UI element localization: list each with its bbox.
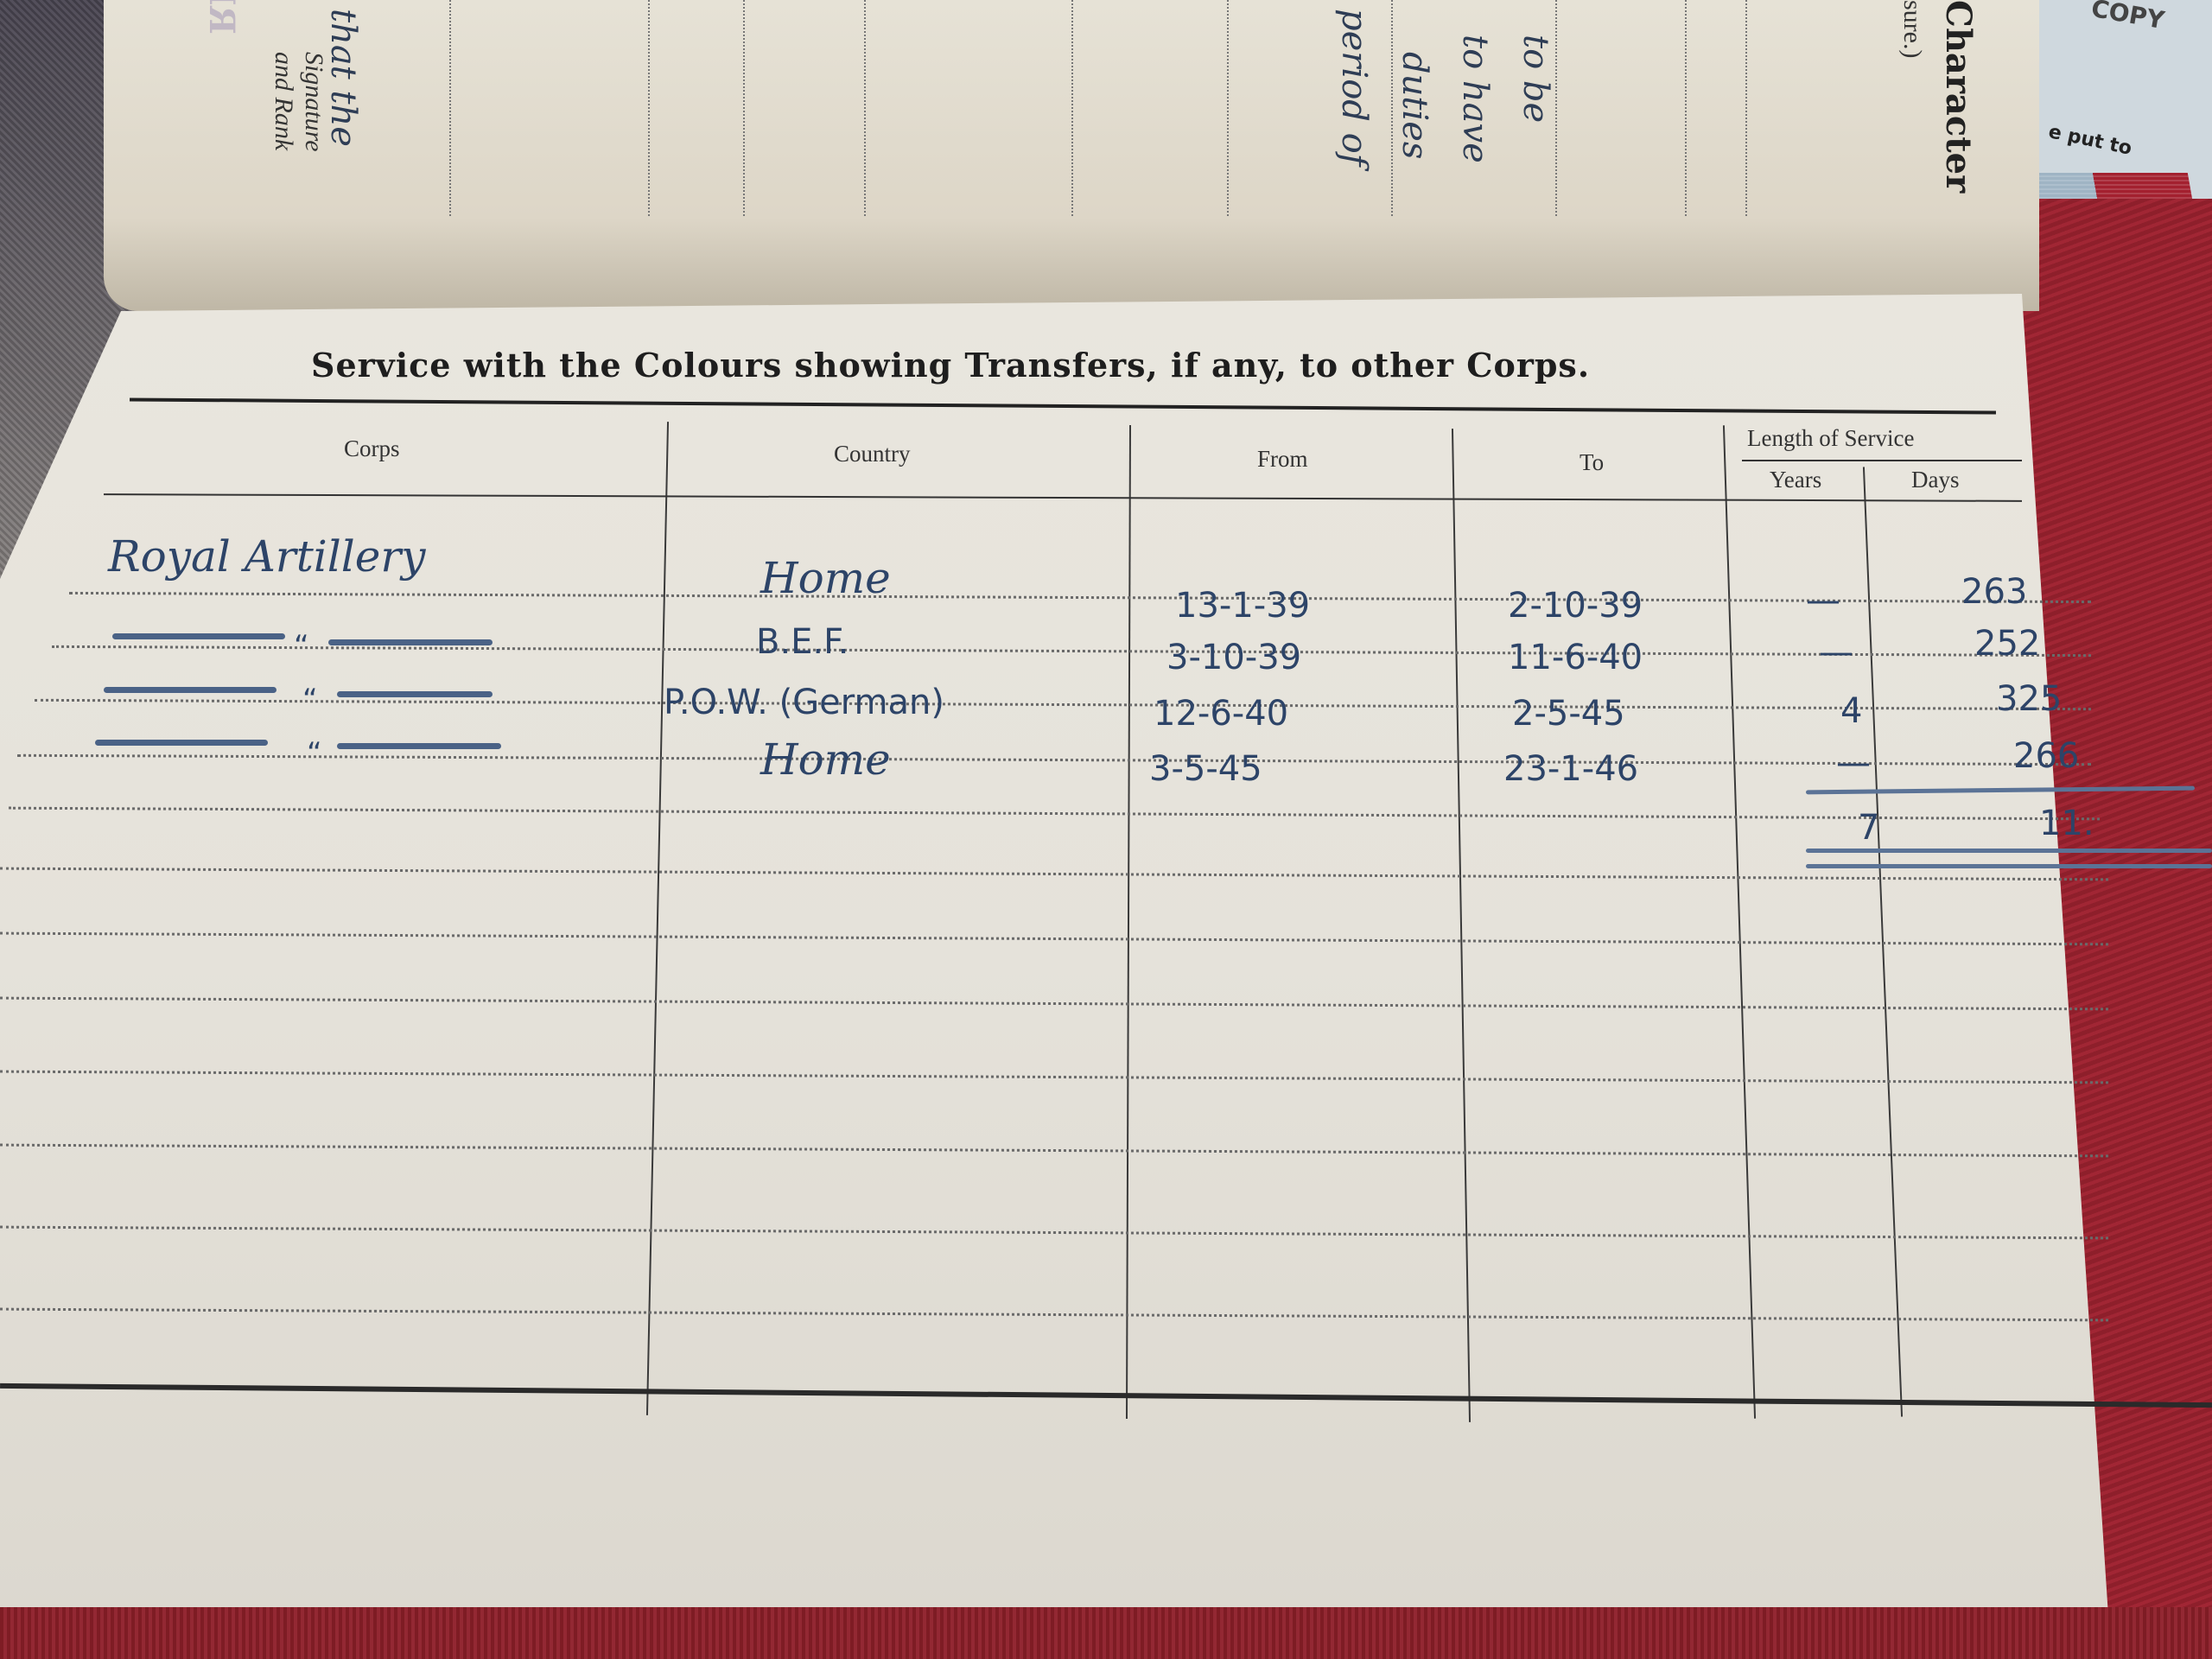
- total-double-underline-1: [1806, 849, 2212, 853]
- table-title: Service with the Colours showing Transfe…: [311, 346, 1590, 385]
- row1-years: —: [1806, 581, 1840, 620]
- facing-hand-text: period of: [1334, 9, 1374, 166]
- header-years: Years: [1770, 467, 1821, 493]
- dotted-rule: [1227, 0, 1229, 216]
- row3-from: 12-6-40: [1154, 694, 1288, 734]
- ditto-dash: [337, 691, 493, 697]
- row3-corps: “: [302, 683, 318, 717]
- dotted-rule: [1391, 0, 1393, 216]
- row1-days: 263: [1961, 572, 2027, 612]
- header-length-of-service: Length of Service: [1747, 425, 1914, 452]
- row2-country: B.E.F.: [756, 622, 849, 662]
- facing-hand-text: duties: [1395, 52, 1434, 159]
- row3-country: P.O.W. (German): [664, 683, 944, 722]
- row4-to: 23-1-46: [1503, 749, 1638, 789]
- row2-years: —: [1819, 632, 1853, 672]
- facing-stamp: RECORDS: [201, 0, 242, 35]
- header-to: To: [1580, 449, 1604, 476]
- total-days: 11.: [2039, 804, 2094, 843]
- insert-card: COPY e put to: [2039, 0, 2212, 199]
- dotted-rule: [743, 0, 745, 216]
- row4-days: 266: [2013, 736, 2079, 776]
- ditto-dash: [112, 633, 285, 639]
- facing-print-rank: and Rank: [269, 52, 298, 150]
- header-country: Country: [834, 441, 911, 467]
- total-double-underline-2: [1806, 864, 2212, 868]
- row4-from: 3-5-45: [1149, 749, 1262, 789]
- dotted-rule: [1685, 0, 1687, 216]
- book-cover-bottom: [0, 1607, 2212, 1659]
- dotted-rule: [449, 0, 451, 216]
- facing-print-measure: sure.): [1897, 0, 1927, 58]
- row1-to: 2-10-39: [1508, 586, 1643, 626]
- header-days: Days: [1911, 467, 1960, 493]
- facing-print-character: Character: [1938, 0, 1979, 193]
- facing-page: that the Signature and Rank RECORDS to b…: [104, 0, 2039, 311]
- total-years: 7: [1858, 808, 1879, 848]
- facing-print-signature: Signature: [299, 52, 328, 152]
- facing-hand-text: that the: [323, 9, 363, 147]
- row3-days: 325: [1996, 679, 2062, 719]
- ditto-dash: [337, 743, 501, 749]
- row2-to: 11-6-40: [1508, 638, 1643, 677]
- dotted-rule: [864, 0, 866, 216]
- ditto-dash: [104, 687, 276, 693]
- row1-corps: Royal Artillery: [108, 531, 426, 582]
- dotted-rule: [1555, 0, 1557, 216]
- dotted-rule: [648, 0, 650, 216]
- dotted-rule: [1071, 0, 1073, 216]
- row2-corps: “: [294, 629, 309, 664]
- dotted-rule: [1745, 0, 1747, 216]
- card-top-text: COPY: [2089, 0, 2167, 35]
- facing-hand-text: to have: [1455, 35, 1495, 163]
- row4-country: Home: [760, 734, 891, 785]
- card-line-text: e put to: [2046, 121, 2133, 160]
- row1-country: Home: [760, 553, 891, 603]
- facing-hand-text: to be: [1516, 35, 1555, 123]
- row1-from: 13-1-39: [1175, 586, 1310, 626]
- header-subrule: [1742, 460, 2022, 461]
- header-corps: Corps: [344, 435, 400, 462]
- row4-years: —: [1836, 743, 1871, 783]
- header-from: From: [1257, 446, 1308, 473]
- ditto-dash: [328, 639, 493, 645]
- row3-years: 4: [1840, 691, 1862, 731]
- ditto-dash: [95, 740, 268, 746]
- row2-days: 252: [1974, 624, 2040, 664]
- row2-from: 3-10-39: [1166, 638, 1301, 677]
- row3-to: 2-5-45: [1512, 694, 1625, 734]
- row4-corps: “: [307, 736, 322, 771]
